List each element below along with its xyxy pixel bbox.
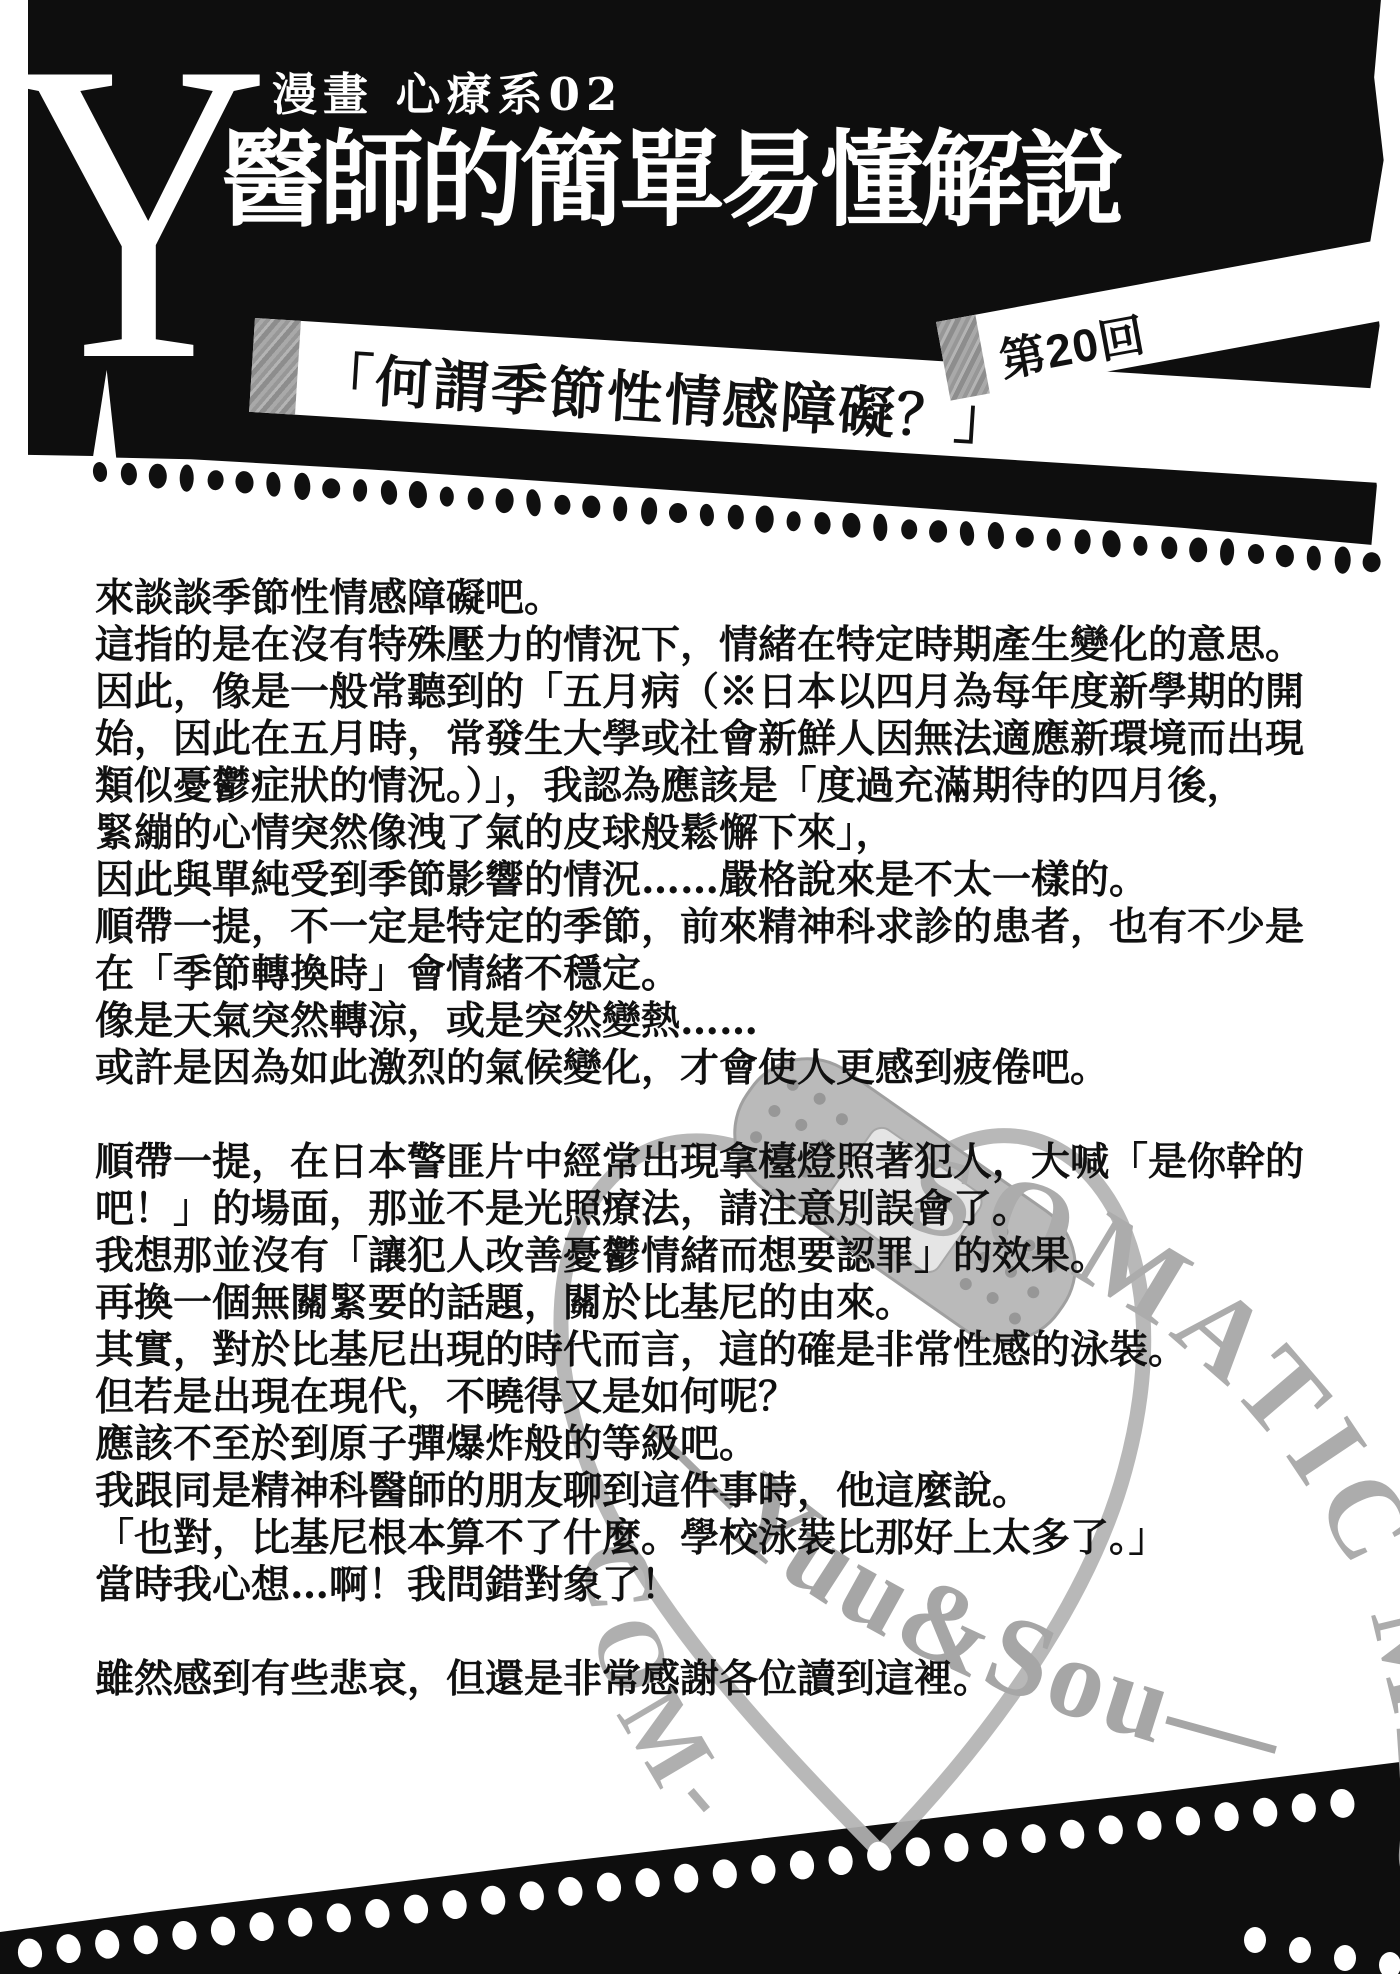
text-line: 順帶一提，不一定是特定的季節，前來精神科求診的患者，也有不少是 bbox=[95, 904, 1304, 951]
text-line: 這指的是在沒有特殊壓力的情況下，情緒在特定時期產生變化的意思。 bbox=[95, 622, 1304, 669]
text-line: 應該不至於到原子彈爆炸般的等級吧。 bbox=[95, 1421, 1304, 1468]
body-text: 來談談季節性情感障礙吧。 這指的是在沒有特殊壓力的情況下，情緒在特定時期產生變化… bbox=[95, 575, 1304, 1750]
paragraph: 雖然感到有些悲哀，但還是非常感謝各位讀到這裡。 bbox=[95, 1656, 1304, 1703]
text-line: 當時我心想…啊！我問錯對象了！ bbox=[95, 1562, 1304, 1609]
text-line: 類似憂鬱症狀的情況。）」，我認為應該是「度過充滿期待的四月後， bbox=[95, 763, 1304, 810]
text-line: 「也對，比基尼根本算不了什麼。學校泳裝比那好上太多了。」 bbox=[95, 1515, 1304, 1562]
text-line: 吧！」的場面，那並不是光照療法，請注意別誤會了。 bbox=[95, 1186, 1304, 1233]
paragraph: 來談談季節性情感障礙吧。 這指的是在沒有特殊壓力的情況下，情緒在特定時期產生變化… bbox=[95, 575, 1304, 1092]
text-line: 在「季節轉換時」會情緒不穩定。 bbox=[95, 951, 1304, 998]
text-line: 像是天氣突然轉涼，或是突然變熱…… bbox=[95, 998, 1304, 1045]
manga-afterword-page: SOMATIC MEDICINE COM- —Yuu&Sou— Y 漫畫 心療系… bbox=[0, 0, 1400, 1974]
text-line: 其實，對於比基尼出現的時代而言，這的確是非常性感的泳裝。 bbox=[95, 1327, 1304, 1374]
text-line: 順帶一提，在日本警匪片中經常出現拿檯燈照著犯人，大喊「是你幹的 bbox=[95, 1139, 1304, 1186]
paragraph: 順帶一提，在日本警匪片中經常出現拿檯燈照著犯人，大喊「是你幹的 吧！」的場面，那… bbox=[95, 1139, 1304, 1609]
ribbon-end-cap bbox=[249, 318, 301, 415]
text-line: 但若是出現在現代，不曉得又是如何呢？ bbox=[95, 1374, 1304, 1421]
text-line: 因此，像是一般常聽到的「五月病（※日本以四月為每年度新學期的開 bbox=[95, 669, 1304, 716]
text-line: 我跟同是精神科醫師的朋友聊到這件事時，他這麼說。 bbox=[95, 1468, 1304, 1515]
text-line: 因此與單純受到季節影響的情況……嚴格說來是不太一樣的。 bbox=[95, 857, 1304, 904]
text-line: 緊繃的心情突然像洩了氣的皮球般鬆懈下來」， bbox=[95, 810, 1304, 857]
text-line: 或許是因為如此激烈的氣候變化，才會使人更感到疲倦吧。 bbox=[95, 1045, 1304, 1092]
text-line: 雖然感到有些悲哀，但還是非常感謝各位讀到這裡。 bbox=[95, 1656, 1304, 1703]
text-line: 來談談季節性情感障礙吧。 bbox=[95, 575, 1304, 622]
page-title: 醫師的簡單易懂解說 bbox=[220, 96, 1120, 246]
text-line: 始，因此在五月時，常發生大學或社會新鮮人因無法適應新環境而出現 bbox=[95, 716, 1304, 763]
text-line: 再換一個無關緊要的話題，關於比基尼的由來。 bbox=[95, 1280, 1304, 1327]
text-line: 我想那並沒有「讓犯人改善憂鬱情緒而想要認罪」的效果。 bbox=[95, 1233, 1304, 1280]
